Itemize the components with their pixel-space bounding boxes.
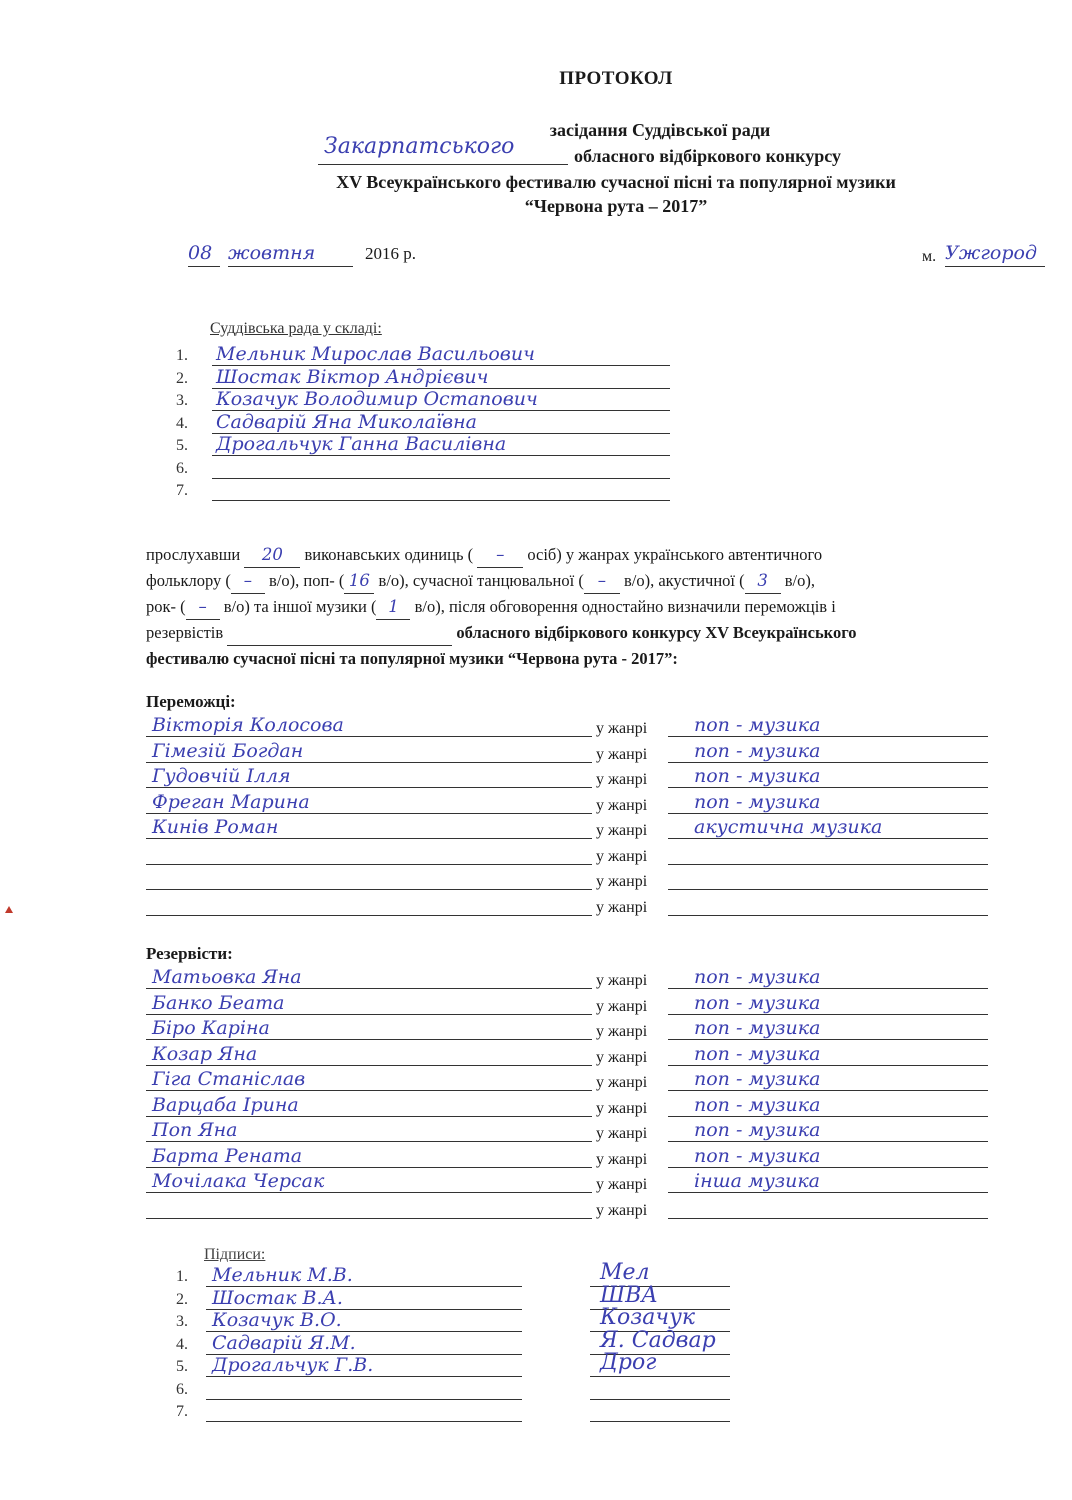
name-line xyxy=(146,1116,592,1117)
genre-label: у жанрі xyxy=(596,1023,647,1041)
jury-member-row: 5.Дрогальчук Ганна Василівна xyxy=(176,435,670,457)
reserves-heading: Резервісти: xyxy=(146,944,233,964)
genre-label: у жанрі xyxy=(596,771,647,789)
name-line xyxy=(146,864,592,865)
jury-member-row: 2.Шостак Віктор Андрієвич xyxy=(176,368,670,390)
reserve-row: Гіга Станіславу жанріпоп - музика xyxy=(146,1068,988,1092)
participant-name: Гіга Станіслав xyxy=(152,1068,305,1090)
participant-genre: поп - музика xyxy=(694,1017,820,1039)
jury-member-name: Козачук Володимир Остапович xyxy=(216,388,538,410)
summary-paragraph: прослухавши 20 виконавських одиниць ( – … xyxy=(146,542,1072,671)
acoustic-count: 3 xyxy=(745,568,781,594)
genre-line xyxy=(668,1218,988,1219)
genre-label: у жанрі xyxy=(596,1151,647,1169)
signature: Мел xyxy=(600,1260,650,1285)
header-line-4: “Червона рута – 2017” xyxy=(160,196,1072,217)
winner-row: Кинів Роману жанріакустична музика xyxy=(146,816,988,840)
name-line xyxy=(212,455,670,456)
date-year: 2016 р. xyxy=(365,244,416,264)
signature: ШВА xyxy=(600,1283,658,1308)
participant-genre: акустична музика xyxy=(694,816,882,838)
genre-label: у жанрі xyxy=(596,873,647,891)
participant-name: Фреган Марина xyxy=(152,791,310,813)
document-title: ПРОТОКОЛ xyxy=(0,68,1072,90)
jury-member-row: 6. xyxy=(176,458,670,480)
header-line-2: обласного відбіркового конкурсу xyxy=(574,146,841,167)
name-line xyxy=(146,1014,592,1015)
signature: Дрог xyxy=(600,1350,656,1375)
winner-row: у жанрі xyxy=(146,867,988,891)
summary-text: фольклору ( xyxy=(146,571,231,590)
participant-genre: поп - музика xyxy=(694,791,820,813)
row-number: 3. xyxy=(176,1313,188,1331)
genre-label: у жанрі xyxy=(596,1125,647,1143)
region-handwritten: Закарпатського xyxy=(324,134,514,159)
signature-line xyxy=(590,1376,730,1377)
folk-count: – xyxy=(231,568,265,594)
participant-name: Мочілака Черсак xyxy=(152,1170,324,1192)
row-number: 5. xyxy=(176,437,188,455)
summary-text: обласного відбіркового конкурсу XV Всеук… xyxy=(456,623,856,642)
jury-member-name: Мельник Мирослав Васильович xyxy=(216,343,535,365)
participant-genre: поп - музика xyxy=(694,1043,820,1065)
scan-mark xyxy=(5,906,13,913)
participant-name: Гудовчій Ілля xyxy=(152,765,291,787)
genre-line xyxy=(668,1065,988,1066)
participant-genre: інша музика xyxy=(694,1170,820,1192)
summary-text: резервістів xyxy=(146,623,223,642)
name-line xyxy=(146,889,592,890)
reserve-row: Козар Янау жанріпоп - музика xyxy=(146,1043,988,1067)
summary-text: рок- ( xyxy=(146,597,186,616)
winner-row: Гімезій Богдану жанріпоп - музика xyxy=(146,740,988,764)
genre-label: у жанрі xyxy=(596,720,647,738)
rock-count: – xyxy=(186,594,220,620)
participant-genre: поп - музика xyxy=(694,1068,820,1090)
header-line-3: XV Всеукраїнського фестивалю сучасної пі… xyxy=(160,172,1072,193)
signature-line xyxy=(590,1399,730,1400)
jury-heading: Суддівська рада у складі: xyxy=(210,320,382,338)
signer-name: Дрогальчук Г.В. xyxy=(212,1354,373,1376)
name-line xyxy=(146,1065,592,1066)
participant-name: Варцаба Ірина xyxy=(152,1094,299,1116)
genre-line xyxy=(668,1167,988,1168)
genre-label: у жанрі xyxy=(596,972,647,990)
participant-name: Банко Беата xyxy=(152,992,285,1014)
jury-member-name: Садварій Яна Миколаївна xyxy=(216,411,477,433)
participant-name: Кинів Роман xyxy=(152,816,278,838)
name-line xyxy=(146,1090,592,1091)
summary-text: фестивалю сучасної пісні та популярної м… xyxy=(146,649,678,668)
genre-label: у жанрі xyxy=(596,797,647,815)
signature-row: 6. xyxy=(176,1379,736,1401)
genre-label: у жанрі xyxy=(596,1100,647,1118)
name-line xyxy=(212,478,670,479)
genre-line xyxy=(668,1039,988,1040)
summary-text: в/о), після обговорення одностайно визна… xyxy=(415,597,836,616)
genre-label: у жанрі xyxy=(596,822,647,840)
name-line xyxy=(146,762,592,763)
participant-genre: поп - музика xyxy=(694,1119,820,1141)
summary-text: прослухавши xyxy=(146,545,240,564)
genre-line xyxy=(668,1192,988,1193)
row-number: 4. xyxy=(176,1336,188,1354)
genre-label: у жанрі xyxy=(596,746,647,764)
name-line xyxy=(206,1399,522,1400)
participant-genre: поп - музика xyxy=(694,992,820,1014)
name-line xyxy=(146,1039,592,1040)
jury-member-row: 1.Мельник Мирослав Васильович xyxy=(176,345,670,367)
genre-line xyxy=(668,762,988,763)
genre-line xyxy=(668,1116,988,1117)
row-number: 1. xyxy=(176,347,188,365)
winner-row: у жанрі xyxy=(146,893,988,917)
name-line xyxy=(146,915,592,916)
name-line xyxy=(146,838,592,839)
name-line xyxy=(146,736,592,737)
row-number: 3. xyxy=(176,392,188,410)
genre-label: у жанрі xyxy=(596,1202,647,1220)
summary-text: в/о), акустичної ( xyxy=(624,571,745,590)
name-line xyxy=(206,1421,522,1422)
participant-genre: поп - музика xyxy=(694,714,820,736)
name-line xyxy=(206,1376,522,1377)
participant-name: Гімезій Богдан xyxy=(152,740,303,762)
jury-member-name: Дрогальчук Ганна Василівна xyxy=(216,433,506,455)
summary-text: осіб) у жанрах українського автентичного xyxy=(527,545,822,564)
genre-line xyxy=(668,838,988,839)
row-number: 4. xyxy=(176,415,188,433)
row-number: 7. xyxy=(176,482,188,500)
signature: Я. Садвар xyxy=(600,1328,716,1353)
genre-label: у жанрі xyxy=(596,1176,647,1194)
summary-text: в/о), сучасної танцювальної ( xyxy=(379,571,584,590)
signature-row: 7. xyxy=(176,1401,736,1423)
name-line xyxy=(146,1218,592,1219)
participant-genre: поп - музика xyxy=(694,1145,820,1167)
genre-label: у жанрі xyxy=(596,1074,647,1092)
reserve-row: Банко Беатау жанріпоп - музика xyxy=(146,992,988,1016)
signatures-heading: Підписи: xyxy=(204,1246,265,1264)
winner-row: у жанрі xyxy=(146,842,988,866)
units-count: 20 xyxy=(244,542,300,568)
pop-count: 16 xyxy=(344,568,374,594)
participant-genre: поп - музика xyxy=(694,740,820,762)
signer-name: Мельник М.В. xyxy=(212,1264,353,1286)
city-prefix: м. xyxy=(922,248,936,266)
winner-row: Фреган Маринау жанріпоп - музика xyxy=(146,791,988,815)
winner-row: Гудовчій Ілляу жанріпоп - музика xyxy=(146,765,988,789)
summary-text: виконавських одиниць ( xyxy=(304,545,473,564)
participant-name: Матьовка Яна xyxy=(152,966,302,988)
genre-line xyxy=(668,889,988,890)
jury-member-row: 4.Садварій Яна Миколаївна xyxy=(176,413,670,435)
city-field: Ужгород xyxy=(945,242,1045,267)
reserve-row: Мочілака Черсаку жанріінша музика xyxy=(146,1170,988,1194)
name-line xyxy=(146,1167,592,1168)
participant-genre: поп - музика xyxy=(694,765,820,787)
winners-heading: Переможці: xyxy=(146,692,236,712)
name-line xyxy=(146,1141,592,1142)
participant-name: Козар Яна xyxy=(152,1043,257,1065)
name-line xyxy=(146,787,592,788)
reserve-row: Матьовка Янау жанріпоп - музика xyxy=(146,966,988,990)
signer-name: Козачук В.О. xyxy=(212,1309,342,1331)
reserve-row: Варцаба Іринау жанріпоп - музика xyxy=(146,1094,988,1118)
row-number: 6. xyxy=(176,1381,188,1399)
region-field: Закарпатського xyxy=(318,140,568,165)
genre-line xyxy=(668,1141,988,1142)
date-day-field: 08 xyxy=(188,242,220,267)
winner-row: Вікторія Колосовау жанріпоп - музика xyxy=(146,714,988,738)
genre-label: у жанрі xyxy=(596,998,647,1016)
name-line xyxy=(212,500,670,501)
name-line xyxy=(146,1192,592,1193)
date-month: жовтня xyxy=(228,242,315,264)
dance-count: – xyxy=(584,568,620,594)
city-handwritten: Ужгород xyxy=(945,242,1037,264)
signature-row: 5.Дрогальчук Г.В.Дрог xyxy=(176,1356,736,1378)
genre-line xyxy=(668,1014,988,1015)
summary-text: в/о), xyxy=(785,571,815,590)
name-line xyxy=(146,988,592,989)
row-number: 7. xyxy=(176,1403,188,1421)
jury-member-row: 3.Козачук Володимир Остапович xyxy=(176,390,670,412)
row-number: 5. xyxy=(176,1358,188,1376)
persons-count: – xyxy=(477,542,523,568)
name-line xyxy=(146,813,592,814)
reserve-row: Поп Янау жанріпоп - музика xyxy=(146,1119,988,1143)
row-number: 6. xyxy=(176,460,188,478)
participant-name: Вікторія Колосова xyxy=(152,714,344,736)
reserve-row: Біро Карінау жанріпоп - музика xyxy=(146,1017,988,1041)
participant-name: Біро Каріна xyxy=(152,1017,270,1039)
genre-line xyxy=(668,813,988,814)
genre-line xyxy=(668,787,988,788)
summary-text: в/о) та іншої музики ( xyxy=(224,597,377,616)
genre-line xyxy=(668,736,988,737)
reserve-row: у жанрі xyxy=(146,1196,988,1220)
date-month-field: жовтня xyxy=(228,242,353,267)
reserve-row: Барта Ренатау жанріпоп - музика xyxy=(146,1145,988,1169)
signer-name: Шостак В.А. xyxy=(212,1287,343,1309)
row-number: 2. xyxy=(176,1291,188,1309)
genre-label: у жанрі xyxy=(596,1049,647,1067)
jury-member-row: 7. xyxy=(176,480,670,502)
participant-genre: поп - музика xyxy=(694,966,820,988)
row-number: 1. xyxy=(176,1268,188,1286)
genre-line xyxy=(668,915,988,916)
genre-line xyxy=(668,864,988,865)
signature: Козачук xyxy=(600,1305,695,1330)
date-day: 08 xyxy=(188,242,212,264)
genre-label: у жанрі xyxy=(596,899,647,917)
signer-name: Садварій Я.М. xyxy=(212,1332,356,1354)
genre-label: у жанрі xyxy=(596,848,647,866)
participant-name: Барта Рената xyxy=(152,1145,302,1167)
summary-text: в/о), поп- ( xyxy=(269,571,344,590)
row-number: 2. xyxy=(176,370,188,388)
signature-line xyxy=(590,1421,730,1422)
jury-member-name: Шостак Віктор Андрієвич xyxy=(216,366,488,388)
participant-genre: поп - музика xyxy=(694,1094,820,1116)
participant-name: Поп Яна xyxy=(152,1119,237,1141)
other-count: 1 xyxy=(376,594,410,620)
genre-line xyxy=(668,1090,988,1091)
genre-line xyxy=(668,988,988,989)
